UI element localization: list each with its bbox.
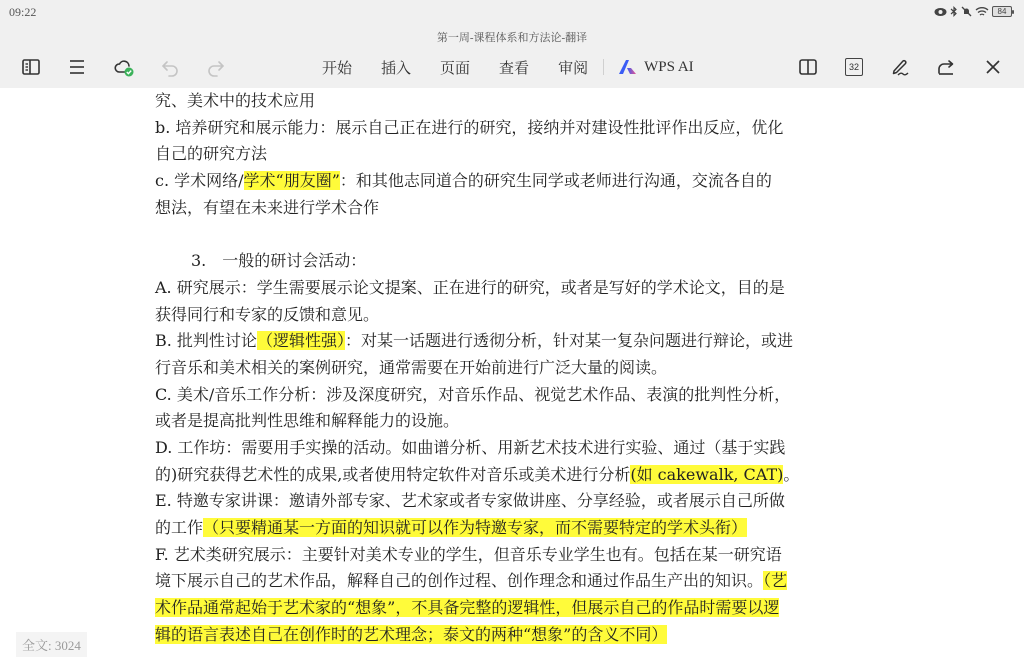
split-view-icon bbox=[797, 56, 819, 78]
text-run: D. 工作坊：需要用手实操的活动。如曲谱分析、用新艺术技术进行实验、通过（基于实… bbox=[155, 438, 785, 457]
title-bar: 第一周-课程体系和方法论-翻译 bbox=[0, 26, 1024, 46]
text-line[interactable]: 境下展示自己的艺术作品，解释自己的创作过程、创作理念和通过作品生产出的知识。（艺 bbox=[155, 568, 871, 595]
text-run: c. 学术网络/ bbox=[155, 171, 244, 190]
text-line[interactable]: 术作品通常起始于艺术家的“想象”，不具备完整的逻辑性，但展示自己的作品时需要以逻 bbox=[155, 595, 871, 622]
text-run: 或者是提高批判性思维和解释能力的设施。 bbox=[155, 411, 459, 430]
undo-icon bbox=[159, 56, 181, 78]
text-run: ：对某一话题进行透彻分析，针对某一复杂问题进行辩论，或进 bbox=[345, 331, 793, 350]
text-run: E. 特邀专家讲课：邀请外部专家、艺术家或者专家做讲座、分享经验，或者展示自己所… bbox=[155, 491, 785, 510]
toolbar: 开始 插入 页面 查看 审阅 WPS AI 32 bbox=[0, 46, 1024, 88]
battery-indicator: 84 bbox=[992, 6, 1012, 17]
clock: 09:22 bbox=[9, 5, 36, 20]
wps-ai-button[interactable]: WPS AI bbox=[618, 59, 694, 76]
text-line[interactable]: b. 培养研究和展示能力：展示自己正在进行的研究，接纳并对建设性批评作出反应，优… bbox=[155, 115, 871, 142]
text-line[interactable]: 想法，有望在未来进行学术合作 bbox=[155, 195, 871, 222]
system-status-bar: 09:22 84 bbox=[0, 0, 1024, 26]
pen-icon bbox=[889, 56, 911, 78]
page-count-icon: 32 bbox=[845, 58, 863, 76]
text-run: A. 研究展示：学生需要展示论文提案、正在进行的研究，或者是写好的学术论文，目的… bbox=[155, 278, 785, 297]
text-run: ：和其他志同道合的研究生同学或老师进行沟通，交流各自的 bbox=[340, 171, 772, 190]
text-run: 获得同行和专家的反馈和意见。 bbox=[155, 305, 379, 324]
text-line[interactable]: 的工作（只要精通某一方面的知识就可以作为特邀专家，而不需要特定的学术头衔） bbox=[155, 515, 871, 542]
highlighted-text: (如 cakewalk, CAT) bbox=[630, 465, 783, 484]
redo-icon bbox=[205, 56, 227, 78]
outline-icon bbox=[20, 56, 42, 78]
text-line[interactable]: 3. 一般的研讨会活动： bbox=[155, 248, 871, 275]
split-view-button[interactable] bbox=[796, 55, 820, 79]
close-icon bbox=[982, 56, 1004, 78]
document-canvas[interactable]: 究、美术中的技术应用b. 培养研究和展示能力：展示自己正在进行的研究，接纳并对建… bbox=[0, 88, 1024, 672]
tab-view[interactable]: 查看 bbox=[499, 57, 529, 78]
tab-insert[interactable]: 插入 bbox=[381, 57, 411, 78]
blank-line bbox=[155, 221, 871, 248]
text-run: C. 美术/音乐工作分析：涉及深度研究，对音乐作品、视觉艺术作品、表演的批判性分… bbox=[155, 385, 790, 404]
tab-review[interactable]: 审阅 bbox=[558, 57, 588, 78]
text-line[interactable]: B. 批判性讨论（逻辑性强）：对某一话题进行透彻分析，针对某一复杂问题进行辩论，… bbox=[155, 328, 871, 355]
highlighted-text: （逻辑性强） bbox=[257, 331, 345, 350]
cloud-synced-icon bbox=[113, 56, 135, 78]
tab-page[interactable]: 页面 bbox=[440, 57, 470, 78]
document-content[interactable]: 究、美术中的技术应用b. 培养研究和展示能力：展示自己正在进行的研究，接纳并对建… bbox=[155, 88, 871, 648]
document-title: 第一周-课程体系和方法论-翻译 bbox=[437, 32, 587, 44]
highlighted-text: （只要精通某一方面的知识就可以作为特邀专家，而不需要特定的学术头衔） bbox=[203, 518, 747, 537]
text-run: 的工作 bbox=[155, 518, 203, 537]
redo-button[interactable] bbox=[204, 55, 228, 79]
text-run: 3. 一般的研讨会活动： bbox=[191, 251, 366, 270]
share-button[interactable] bbox=[934, 55, 958, 79]
text-run: 想法，有望在未来进行学术合作 bbox=[155, 198, 379, 217]
share-icon bbox=[935, 56, 957, 78]
text-run: 。 bbox=[783, 465, 799, 484]
mute-icon bbox=[961, 6, 972, 17]
highlighted-text: 术作品通常起始于艺术家的“想象”，不具备完整的逻辑性，但展示自己的作品时需要以逻 bbox=[155, 598, 779, 617]
text-line[interactable]: E. 特邀专家讲课：邀请外部专家、艺术家或者专家做讲座、分享经验，或者展示自己所… bbox=[155, 488, 871, 515]
cloud-sync-button[interactable] bbox=[112, 55, 136, 79]
wps-ai-logo-icon bbox=[618, 59, 638, 75]
undo-button[interactable] bbox=[158, 55, 182, 79]
wifi-icon bbox=[975, 6, 989, 17]
text-line[interactable]: 辑的语言表述自己在创作时的艺术理念；泰文的两种“想象”的含义不同） bbox=[155, 622, 871, 649]
text-run: 境下展示自己的艺术作品，解释自己的创作过程、创作理念和通过作品生产出的知识。 bbox=[155, 571, 763, 590]
eye-icon bbox=[934, 7, 947, 17]
menu-button[interactable] bbox=[65, 55, 89, 79]
text-run: 行音乐和美术相关的案例研究，通常需要在开始前进行广泛大量的阅读。 bbox=[155, 358, 667, 377]
outline-button[interactable] bbox=[19, 55, 43, 79]
text-line[interactable]: D. 工作坊：需要用手实操的活动。如曲谱分析、用新艺术技术进行实验、通过（基于实… bbox=[155, 435, 871, 462]
text-line[interactable]: A. 研究展示：学生需要展示论文提案、正在进行的研究，或者是写好的学术论文，目的… bbox=[155, 275, 871, 302]
text-line[interactable]: 自己的研究方法 bbox=[155, 141, 871, 168]
highlighted-text: 辑的语言表述自己在创作时的艺术理念；泰文的两种“想象”的含义不同） bbox=[155, 625, 667, 644]
text-line[interactable]: 的)研究获得艺术性的成果,或者使用特定软件对音乐或美术进行分析(如 cakewa… bbox=[155, 462, 871, 489]
text-run: 自己的研究方法 bbox=[155, 144, 267, 163]
word-count-badge[interactable]: 全文: 3024 bbox=[16, 632, 87, 657]
text-line[interactable]: 获得同行和专家的反馈和意见。 bbox=[155, 302, 871, 329]
highlighted-text: 学术“朋友圈” bbox=[244, 171, 340, 190]
text-run: b. 培养研究和展示能力：展示自己正在进行的研究，接纳并对建设性批评作出反应，优… bbox=[155, 118, 783, 137]
tab-start[interactable]: 开始 bbox=[322, 57, 352, 78]
menu-icon bbox=[66, 56, 88, 78]
page-count-button[interactable]: 32 bbox=[842, 55, 866, 79]
text-run: F. 艺术类研究展示：主要针对美术专业的学生，但音乐专业学生也有。包括在某一研究… bbox=[155, 545, 782, 564]
text-line[interactable]: c. 学术网络/学术“朋友圈”：和其他志同道合的研究生同学或老师进行沟通，交流各… bbox=[155, 168, 871, 195]
status-icons: 84 bbox=[934, 6, 1012, 17]
close-button[interactable] bbox=[981, 55, 1005, 79]
text-line[interactable]: C. 美术/音乐工作分析：涉及深度研究，对音乐作品、视觉艺术作品、表演的批判性分… bbox=[155, 382, 871, 409]
menu-divider bbox=[603, 59, 604, 75]
text-line[interactable]: 行音乐和美术相关的案例研究，通常需要在开始前进行广泛大量的阅读。 bbox=[155, 355, 871, 382]
text-run: B. 批判性讨论 bbox=[155, 331, 257, 350]
highlighted-text: （艺 bbox=[763, 571, 787, 590]
bluetooth-icon bbox=[950, 6, 958, 17]
text-line[interactable]: 或者是提高批判性思维和解释能力的设施。 bbox=[155, 408, 871, 435]
wps-ai-label: WPS AI bbox=[644, 59, 694, 76]
text-line[interactable]: F. 艺术类研究展示：主要针对美术专业的学生，但音乐专业学生也有。包括在某一研究… bbox=[155, 542, 871, 569]
text-run: 究、美术中的技术应用 bbox=[155, 91, 315, 110]
pen-button[interactable] bbox=[888, 55, 912, 79]
ribbon-menu: 开始 插入 页面 查看 审阅 WPS AI bbox=[322, 46, 694, 88]
text-run: 的)研究获得艺术性的成果,或者使用特定软件对音乐或美术进行分析 bbox=[155, 465, 630, 484]
text-line[interactable]: 究、美术中的技术应用 bbox=[155, 88, 871, 115]
